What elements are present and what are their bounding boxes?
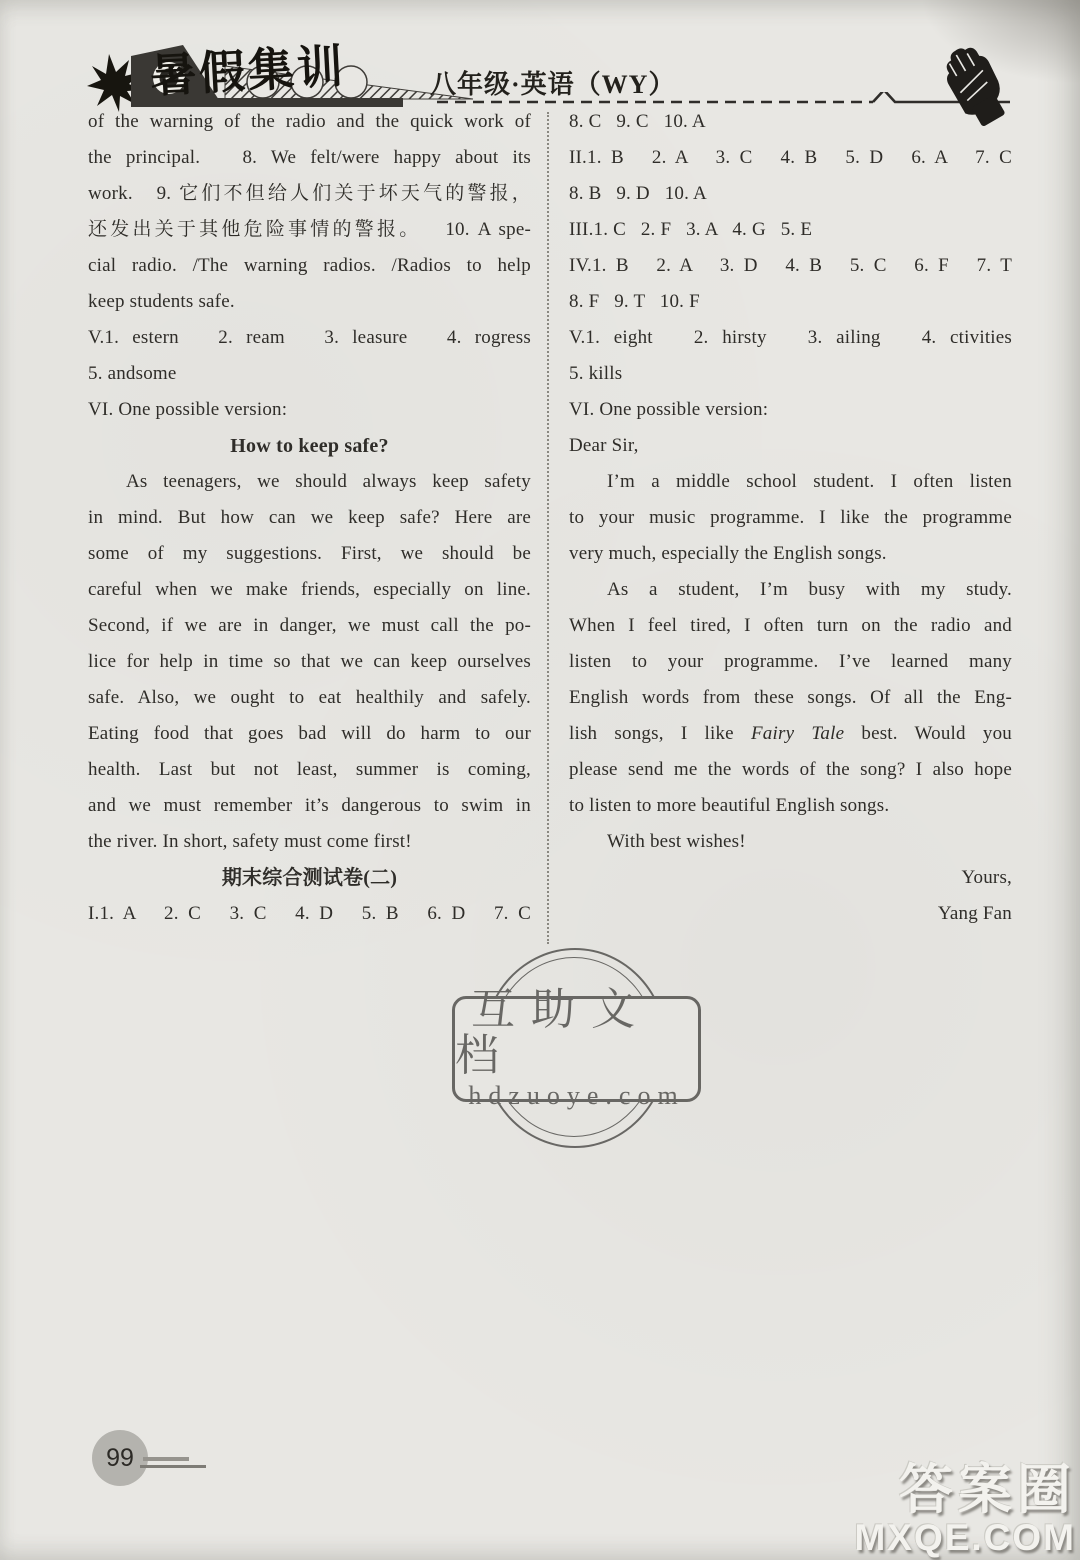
- watermark-domain: MXQE.COM: [854, 1519, 1076, 1558]
- text-line: As teenagers, we should always keep safe…: [88, 464, 531, 500]
- text-line: IV.1. B 2. A 3. D 4. B 5. C 6. F 7. T: [569, 248, 1012, 284]
- text-line: How to keep safe?: [88, 428, 531, 464]
- footer-microtext-bar: [143, 1457, 189, 1461]
- text-line: very much, especially the English songs.: [569, 536, 1012, 572]
- text-line: the river. In short, safety must come fi…: [88, 824, 531, 860]
- text-line: please send me the words of the song? I …: [569, 752, 1012, 788]
- text-line: some of my suggestions. First, we should…: [88, 536, 531, 572]
- text-line: in mind. But how can we keep safe? Here …: [88, 500, 531, 536]
- text-line: listen to your programme. I’ve learned m…: [569, 644, 1012, 680]
- text-line: 8. B 9. D 10. A: [569, 176, 1012, 212]
- text-line: 5. andsome: [88, 356, 531, 392]
- text-line: When I feel tired, I often turn on the r…: [569, 608, 1012, 644]
- answers-column-left: of the warning of the radio and the quic…: [88, 104, 531, 932]
- text-line: VI. One possible version:: [88, 392, 531, 428]
- scanned-answer-page: 暑假集训 八年级·英语（WY） of the warning of the ra…: [0, 0, 1080, 1560]
- text-line: With best wishes!: [569, 824, 1012, 860]
- text-line: lish songs, I like Fairy Tale best. Woul…: [569, 716, 1012, 752]
- footer-line: [140, 1465, 206, 1468]
- text-line: Yang Fan: [569, 896, 1012, 932]
- text-line: Dear Sir,: [569, 428, 1012, 464]
- text-line: Eating food that goes bad will do harm t…: [88, 716, 531, 752]
- column-divider: [547, 112, 549, 944]
- text-line: keep students safe.: [88, 284, 531, 320]
- text-line: to listen to more beautiful English song…: [569, 788, 1012, 824]
- text-line: III.1. C 2. F 3. A 4. G 5. E: [569, 212, 1012, 248]
- text-line: cial radio. /The warning radios. /Radios…: [88, 248, 531, 284]
- text-line: 8. C 9. C 10. A: [569, 104, 1012, 140]
- text-line: and we must remember it’s dangerous to s…: [88, 788, 531, 824]
- text-line: As a student, I’m busy with my study.: [569, 572, 1012, 608]
- text-line: V.1. estern 2. ream 3. leasure 4. rogres…: [88, 320, 531, 356]
- text-line: English words from these songs. Of all t…: [569, 680, 1012, 716]
- text-line: V.1. eight 2. hirsty 3. ailing 4. ctivit…: [569, 320, 1012, 356]
- text-line: 8. F 9. T 10. F: [569, 284, 1012, 320]
- stamp-title: 互助文档: [455, 987, 698, 1079]
- text-line: I’m a middle school student. I often lis…: [569, 464, 1012, 500]
- page-number: 99: [106, 1444, 134, 1473]
- text-line: II.1. B 2. A 3. C 4. B 5. D 6. A 7. C: [569, 140, 1012, 176]
- text-line: work. 9. 它们不但给人们关于坏天气的警报，: [88, 176, 531, 212]
- text-line: lice for help in time so that we can kee…: [88, 644, 531, 680]
- text-line: safe. Also, we ought to eat healthily an…: [88, 680, 531, 716]
- text-line: Second, if we are in danger, we must cal…: [88, 608, 531, 644]
- text-line: VI. One possible version:: [569, 392, 1012, 428]
- hdzuoye-stamp: 互助文档 hdzuoye.com: [440, 938, 710, 1158]
- text-line: 期末综合测试卷(二): [88, 860, 531, 896]
- text-line: to your music programme. I like the prog…: [569, 500, 1012, 536]
- text-line: of the warning of the radio and the quic…: [88, 104, 531, 140]
- text-line: Yours,: [569, 860, 1012, 896]
- answers-column-right: 8. C 9. C 10. AII.1. B 2. A 3. C 4. B 5.…: [569, 104, 1012, 932]
- stamp-domain: hdzuoye.com: [468, 1081, 684, 1111]
- stamp-box: 互助文档 hdzuoye.com: [452, 996, 701, 1102]
- mxqe-watermark: 答案圈 MXQE.COM: [854, 1462, 1076, 1558]
- page-number-badge: 99: [92, 1430, 148, 1486]
- text-line: I.1. A 2. C 3. C 4. D 5. B 6. D 7. C: [88, 896, 531, 932]
- text-line: 5. kills: [569, 356, 1012, 392]
- text-line: 还发出关于其他危险事情的警报。 10. A spe-: [88, 212, 531, 248]
- text-line: careful when we make friends, especially…: [88, 572, 531, 608]
- watermark-brand: 答案圈: [854, 1462, 1076, 1519]
- text-line: the principal. 8. We felt/were happy abo…: [88, 140, 531, 176]
- text-line: health. Last but not least, summer is co…: [88, 752, 531, 788]
- logo-text: 暑假集训: [149, 39, 348, 103]
